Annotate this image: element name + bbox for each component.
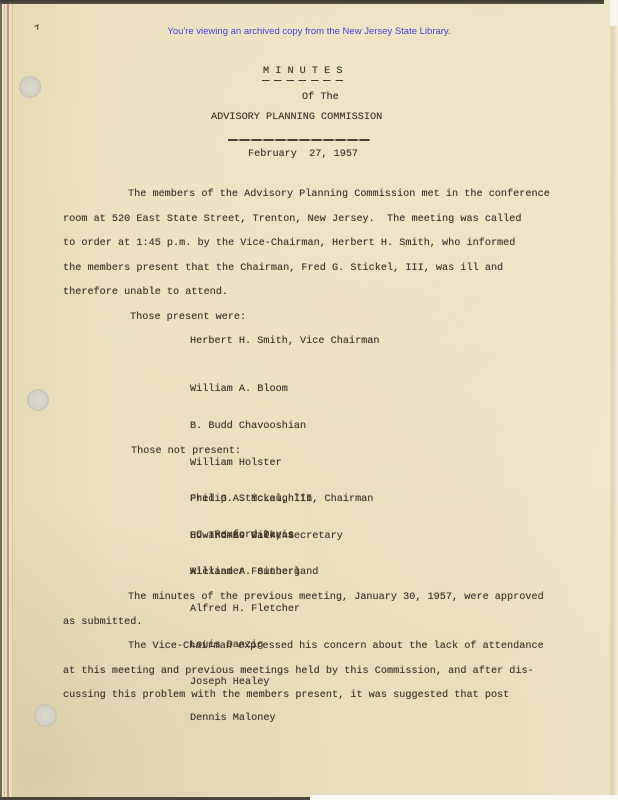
absent-member: Joseph Healey xyxy=(190,677,300,689)
binding-edge xyxy=(0,0,16,800)
title-underscores xyxy=(262,80,343,82)
paragraph1-line4: the members present that the Chairman, F… xyxy=(63,263,503,275)
paragraph3-line1: The Vice-Chairman expressed his concern … xyxy=(128,641,544,653)
paragraph3-line2: at this meeting and previous meetings he… xyxy=(63,666,534,678)
absent-member: Alfred H. Fletcher xyxy=(190,604,300,616)
present-member: B. Budd Chavooshian xyxy=(190,421,318,433)
absent-member: C. Rexford Davis xyxy=(190,530,300,542)
doc-subtitle-commission: ADVISORY PLANNING COMMISSION xyxy=(211,112,382,124)
scan-edge-right xyxy=(609,0,618,800)
punch-hole-top xyxy=(19,76,41,98)
absent-heading: Those not present: xyxy=(131,446,241,458)
absent-members-list: C. Rexford Davis Alexander Feinberg Alfr… xyxy=(190,506,300,750)
scan-edge-top xyxy=(0,0,604,4)
paragraph1-line5: therefore unable to attend. xyxy=(63,287,228,299)
doc-title: M I N U T E S xyxy=(263,66,342,78)
archive-banner-text: You're viewing an archived copy from the… xyxy=(167,26,450,37)
scan-edge-bottom-white xyxy=(310,795,618,800)
commission-underline xyxy=(228,139,370,141)
paragraph2-line2: as submitted. xyxy=(63,617,142,629)
punch-hole-middle xyxy=(27,389,49,411)
absent-member: Alexander Feinberg xyxy=(190,567,300,579)
doc-subtitle-of-the: Of The xyxy=(302,92,339,104)
scanned-minutes-page: You're viewing an archived copy from the… xyxy=(0,0,618,800)
paragraph1-line1: The members of the Advisory Planning Com… xyxy=(128,189,550,201)
paragraph3-line3: cussing this problem with the members pr… xyxy=(63,690,509,702)
archive-banner: You're viewing an archived copy from the… xyxy=(0,26,618,37)
present-heading: Those present were: xyxy=(130,312,246,324)
scan-corner-top-right xyxy=(610,0,618,26)
present-member: William A. Bloom xyxy=(190,384,318,396)
doc-date: February 27, 1957 xyxy=(248,149,358,161)
punch-hole-bottom xyxy=(34,704,57,727)
absent-member: Dennis Maloney xyxy=(190,713,300,725)
present-member: William Holster xyxy=(190,458,318,470)
paragraph1-line2: room at 520 East State Street, Trenton, … xyxy=(63,214,522,226)
present-vice-chairman: Herbert H. Smith, Vice Chairman xyxy=(190,336,380,348)
paragraph1-line3: to order at 1:45 p.m. by the Vice-Chairm… xyxy=(63,238,515,250)
absent-officer: Fred G. Stickel, III, Chairman xyxy=(190,494,373,506)
paragraph2-line1: The minutes of the previous meeting, Jan… xyxy=(128,592,544,604)
